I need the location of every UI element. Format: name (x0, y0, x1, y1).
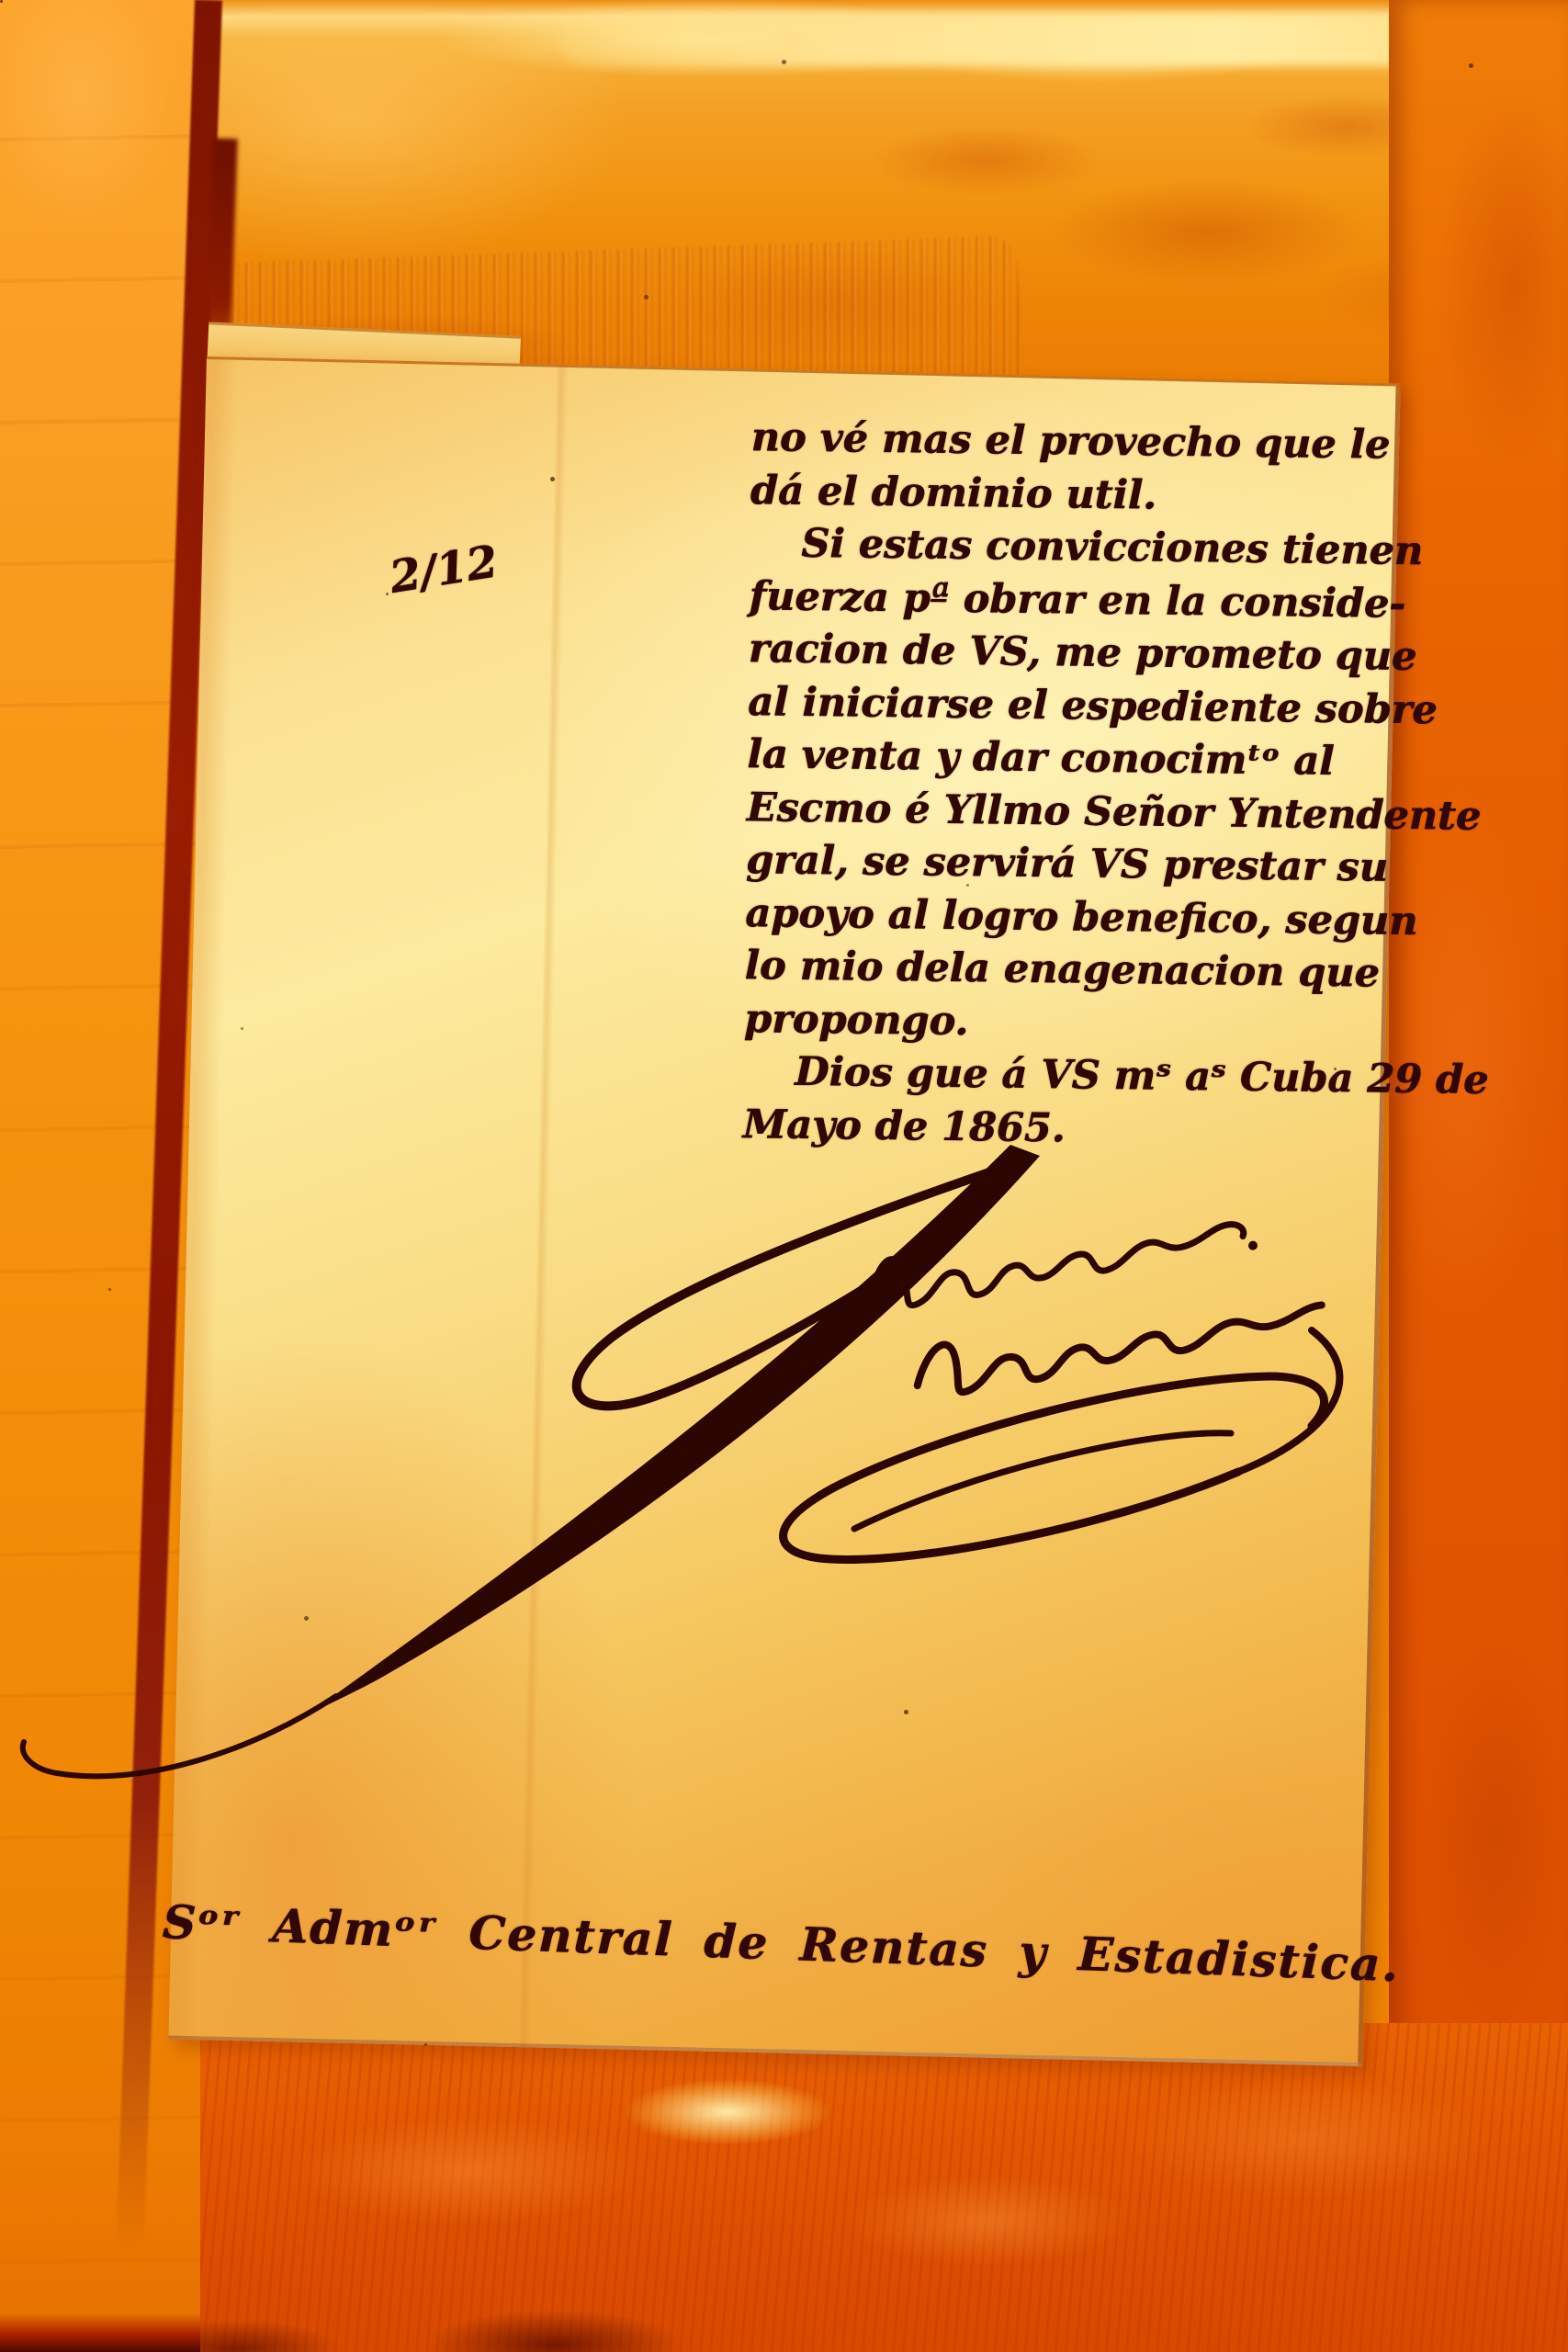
letter-line: lo mio dela enagenacion que (744, 940, 1427, 1001)
letter-line: gral, se servirá VS prestar su (746, 834, 1428, 896)
dust-specks (0, 0, 3, 3)
binding-bottom-texture (119, 2023, 1568, 2352)
manuscript-photo: 2/12 no vé mas el provecho que ledá el d… (0, 0, 1568, 2352)
letter-line: no vé mas el provecho que le (750, 412, 1433, 473)
letter-line: Dios gue á VS mˢ aˢ Cuba 29 de (743, 1046, 1426, 1107)
letter-line: Mayo de 1865. (742, 1098, 1425, 1159)
letter-line: propongo. (744, 992, 1427, 1054)
letter-line: al iniciarse el espediente sobre (748, 675, 1430, 737)
letter-line: fuerza pª obrar en la conside- (749, 570, 1431, 631)
letter-line: dá el dominio util. (750, 464, 1433, 526)
letter-line: apoyo al logro benefico, segun (745, 887, 1427, 948)
letter-line: Si estas convicciones tienen (750, 517, 1432, 579)
letter-body: no vé mas el provecho que ledá el domini… (742, 412, 1433, 1159)
letter-line: la venta y dar conocimᵗᵒ al (747, 729, 1429, 790)
letter-line: Escmo é Yllmo Señor Yntendente (746, 781, 1428, 842)
letter-line: racion de VS, me prometo que (748, 623, 1430, 684)
binding-right-edge (1389, 0, 1568, 2352)
